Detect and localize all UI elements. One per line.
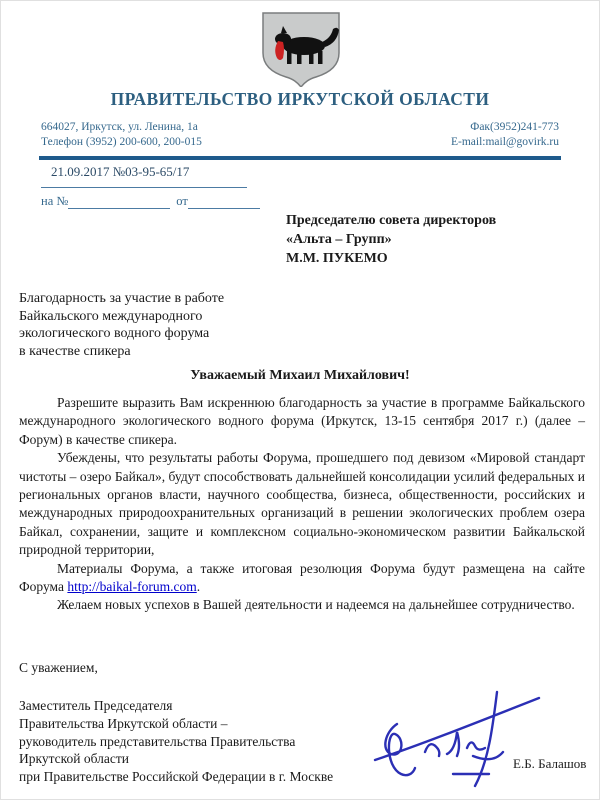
phone-line: Телефон (3952) 200-600, 200-015 (41, 135, 202, 150)
paragraph-2: Убеждены, что результаты работы Форума, … (19, 449, 585, 559)
contact-address-block: 664027, Иркутск, ул. Ленина, 1а Телефон … (41, 120, 202, 150)
paragraph-4: Желаем новых успехов в Вашей деятельност… (19, 596, 585, 614)
contact-fax-email-block: Фак(3952)241-773 E-mail:mail@govirk.ru (451, 120, 559, 150)
subject-line: экологического водного форума (19, 325, 224, 343)
subject-line: Байкальского международного (19, 308, 224, 326)
na-no-blank-line (68, 195, 170, 209)
header-divider-rule (39, 156, 561, 160)
date-underline (41, 187, 247, 188)
recipient-company: «Альта – Групп» (286, 230, 496, 249)
salutation: Уважаемый Михаил Михайлович! (1, 368, 599, 384)
signer-title-block: Заместитель Председателя Правительства И… (19, 697, 333, 786)
ot-blank-line (188, 195, 260, 209)
subject-line: Благодарность за участие в работе (19, 290, 224, 308)
fax-line: Фак(3952)241-773 (451, 120, 559, 135)
paragraph-3: Материалы Форума, а также итоговая резол… (19, 560, 585, 597)
na-no-label: на № (41, 194, 68, 208)
recipient-block: Председателю совета директоров «Альта – … (286, 211, 496, 268)
letter-body: Разрешите выразить Вам искреннюю благода… (19, 394, 585, 615)
subject-line: в качестве спикера (19, 343, 224, 361)
signer-title-line: Правительства Иркутской области – (19, 715, 333, 733)
signer-title-line: Иркутской области (19, 750, 333, 768)
signer-title-line: при Правительстве Российской Федерации в… (19, 768, 333, 786)
closing-regards: С уважением, (19, 660, 98, 676)
paragraph-1: Разрешите выразить Вам искреннюю благода… (19, 394, 585, 449)
address-line: 664027, Иркутск, ул. Ленина, 1а (41, 120, 202, 135)
organization-name: ПРАВИТЕЛЬСТВО ИРКУТСКОЙ ОБЛАСТИ (1, 89, 599, 110)
forum-website-link[interactable]: http://baikal-forum.com (67, 579, 196, 594)
handwritten-signature (373, 682, 543, 794)
reply-reference-row: на №от (41, 194, 260, 209)
letter-subject: Благодарность за участие в работе Байкал… (19, 290, 224, 360)
paragraph-3-period: . (197, 579, 200, 594)
signer-name: Е.Б. Балашов (513, 756, 586, 772)
recipient-position: Председателю совета директоров (286, 211, 496, 230)
letter-date-number: 21.09.2017 №03-95-65/17 (51, 164, 189, 180)
letter-page: ПРАВИТЕЛЬСТВО ИРКУТСКОЙ ОБЛАСТИ 664027, … (0, 0, 600, 800)
email-line: E-mail:mail@govirk.ru (451, 135, 559, 150)
signer-title-line: руководитель представительства Правитель… (19, 733, 333, 751)
signer-title-line: Заместитель Председателя (19, 697, 333, 715)
irkutsk-coat-of-arms-icon (257, 9, 345, 87)
recipient-name: М.М. ПУКЕМО (286, 249, 496, 268)
ot-label: от (176, 194, 188, 208)
